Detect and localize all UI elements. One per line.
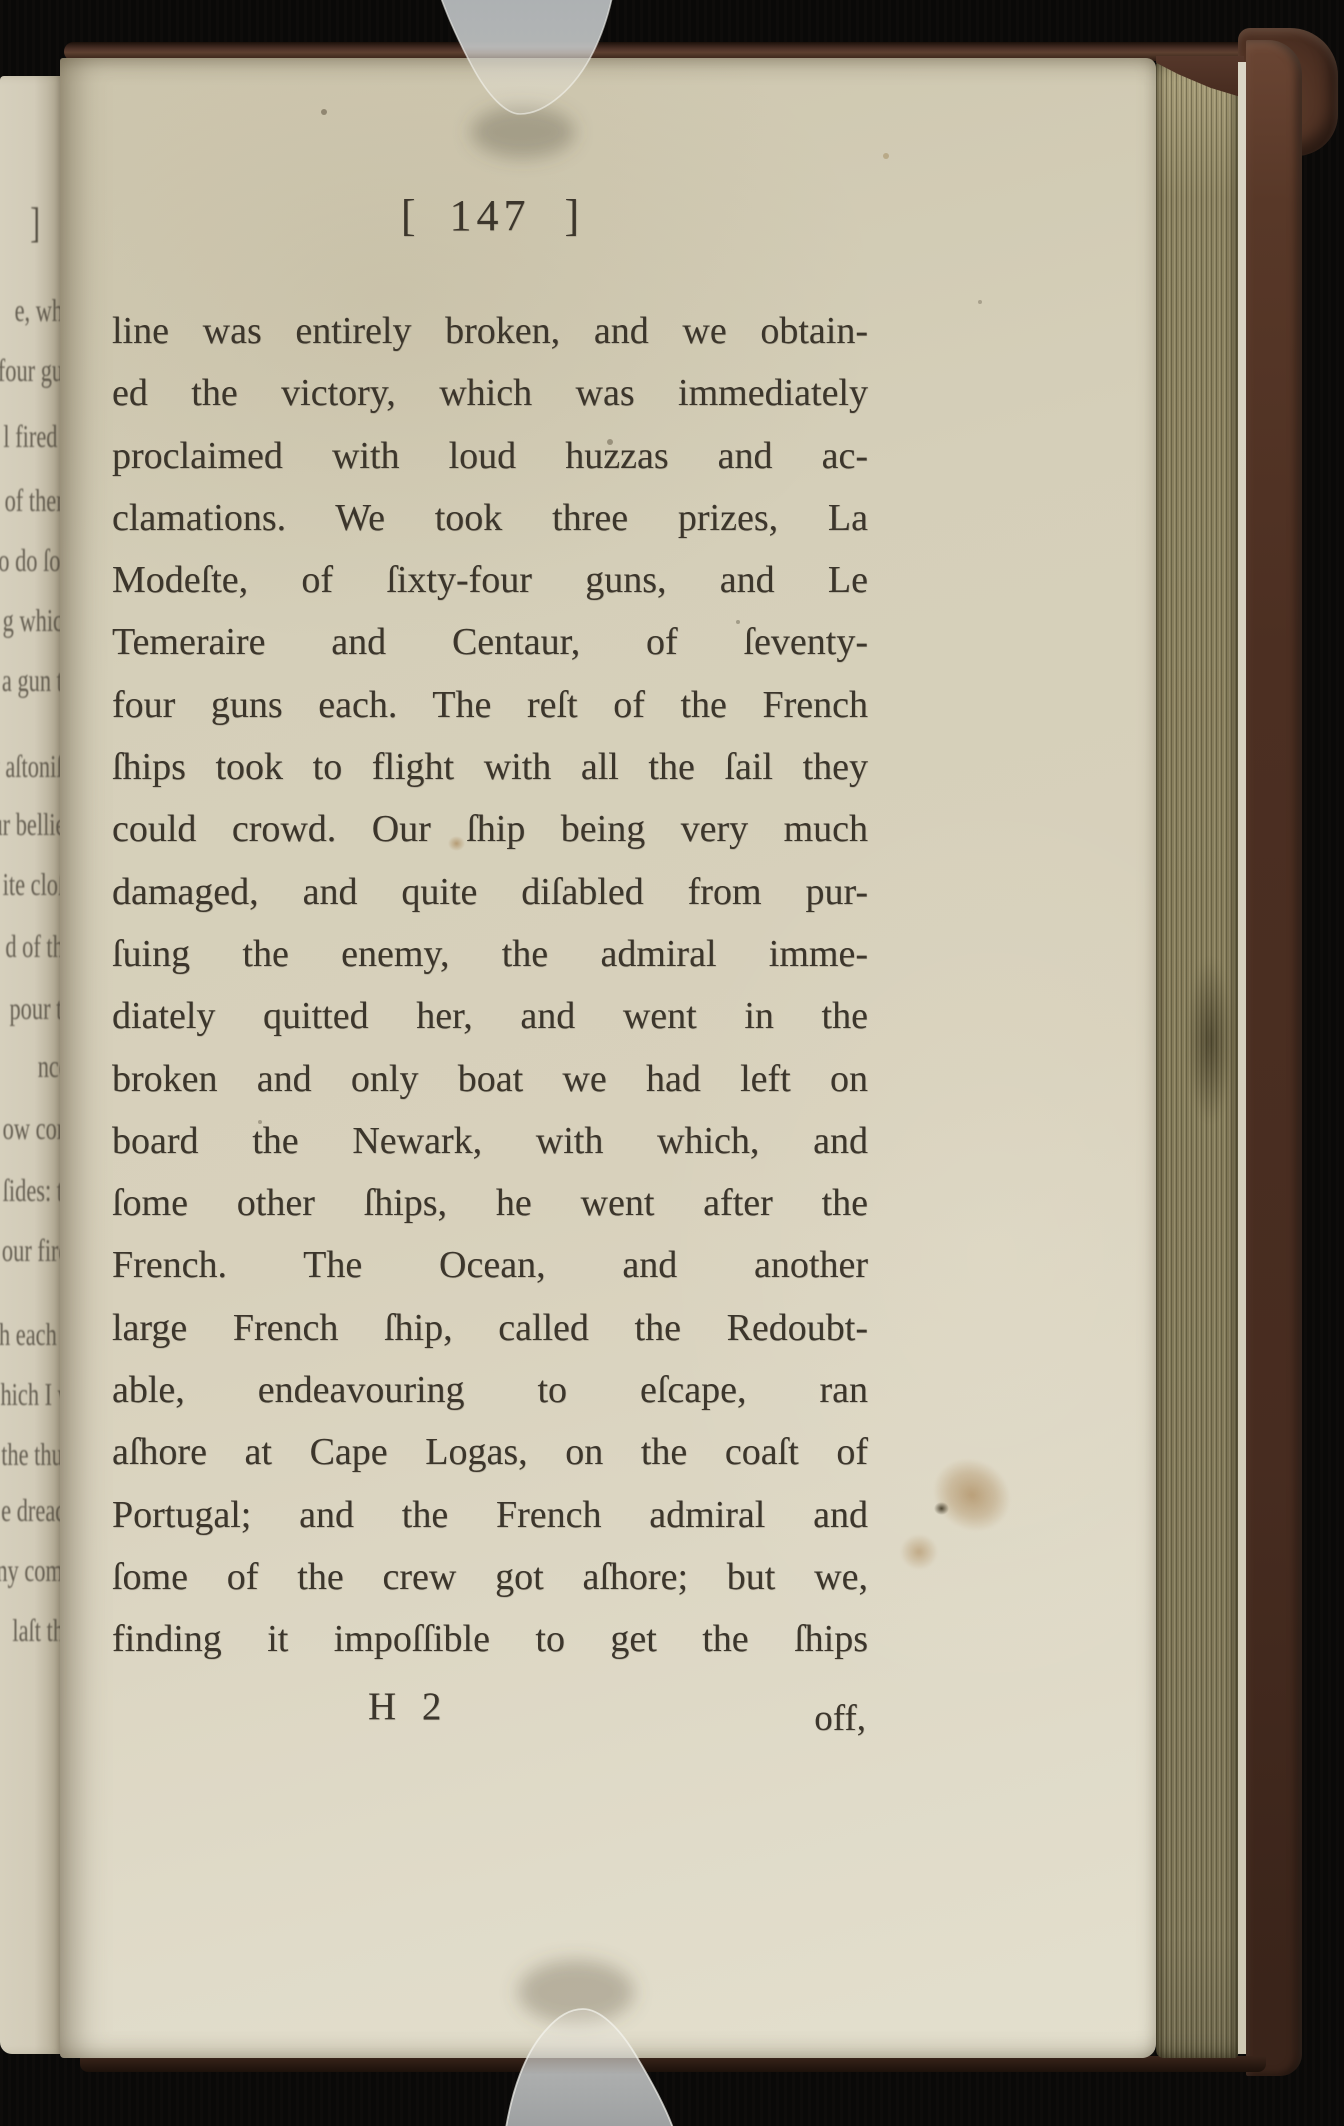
previous-page-text-fragment: four gun	[0, 352, 66, 389]
text-line: Modeſte, of ſixty-four guns, and Le	[112, 549, 868, 611]
stain	[934, 1502, 949, 1515]
text-line: ſome other ſhips, he went after the	[112, 1172, 868, 1234]
previous-page-text-fragment: ſides: th	[2, 1172, 66, 1209]
book-cover-bottom-edge	[80, 2056, 1266, 2072]
previous-page-edge: ] e, who four gun l fired o of them o do…	[0, 76, 66, 2054]
text-line: diately quitted her, and went in the	[112, 985, 868, 1047]
text-line: ſhips took to flight with all the ſail t…	[112, 736, 868, 798]
text-line: large French ſhip, called the Redoubt-	[112, 1297, 868, 1359]
text-line: line was entirely broken, and we obtain-	[112, 300, 868, 362]
previous-page-text-fragment: d of the	[6, 928, 66, 965]
previous-page-text-fragment: pour th	[10, 990, 66, 1027]
text-line: proclaimed with loud huzzas and ac-	[112, 425, 868, 487]
text-line: broken and only boat we had left on	[112, 1048, 868, 1110]
text-line: able, endeavouring to eſcape, ran	[112, 1359, 868, 1421]
text-line: could crowd. Our ſhip being very much	[112, 798, 868, 860]
text-line: four guns each. The reſt of the French	[112, 674, 868, 736]
previous-page-text-fragment: our fire,	[2, 1232, 66, 1269]
text-line: French. The Ocean, and another	[112, 1234, 868, 1296]
previous-page-text-fragment: ny comp	[0, 1552, 66, 1589]
book-cover-right	[1246, 40, 1302, 2076]
left-bracket: [	[401, 191, 416, 240]
text-line: aſhore at Cape Logas, on the coaſt of	[112, 1421, 868, 1483]
text-line: ſuing the enemy, the admiral imme-	[112, 923, 868, 985]
previous-page-text-fragment: laſt the	[12, 1612, 66, 1649]
text-line: damaged, and quite diſabled from pur-	[112, 861, 868, 923]
previous-page-text-fragment: hich I w	[1, 1376, 66, 1413]
stain	[900, 1534, 938, 1570]
page-header: [147]	[112, 190, 868, 241]
previous-page-text-fragment: l fired o	[3, 418, 66, 455]
signature-row: H 2 off,	[112, 1684, 868, 1750]
fore-edge-pages	[1156, 58, 1238, 2058]
dust-specks	[60, 58, 64, 62]
previous-page-text-fragment: e, who	[14, 292, 66, 329]
book-scan: ] e, who four gun l fired o of them o do…	[0, 0, 1344, 2126]
text-line: Portugal; and the French admiral and	[112, 1484, 868, 1546]
previous-page-text-fragment: o do ſo f	[0, 542, 66, 579]
previous-page-text-fragment: ur bellies	[0, 806, 66, 843]
catchword: off,	[814, 1697, 866, 1740]
previous-page-text-fragment: ow com	[2, 1110, 66, 1147]
right-bracket: ]	[565, 191, 580, 240]
stain	[920, 1444, 1025, 1546]
previous-page-text-fragment: ]	[30, 200, 40, 248]
text-line: finding it impoſſible to get the ſhips	[112, 1608, 868, 1670]
previous-page-text-fragment: h each o	[0, 1316, 66, 1353]
inner-leaf-edge	[1238, 62, 1246, 2054]
text-line: Temeraire and Centaur, of ſeventy-	[112, 611, 868, 673]
page-text: line was entirely broken, and we obtain-…	[112, 300, 868, 1671]
previous-page-text-fragment: y aſtoniſh	[0, 748, 66, 785]
page-number: 147	[450, 191, 531, 240]
previous-page-text-fragment: e dreadf	[1, 1492, 66, 1529]
previous-page-text-fragment: of them	[5, 482, 66, 519]
previous-page-text-fragment: ite cloſe	[2, 866, 66, 903]
stain	[448, 836, 465, 851]
text-line: ſome of the crew got aſhore; but we,	[112, 1546, 868, 1608]
previous-page-text-fragment: the thun	[1, 1436, 66, 1473]
previous-page-text-fragment: g which	[2, 602, 66, 639]
text-line: ed the victory, which was immediately	[112, 362, 868, 424]
text-line: clamations. We took three prizes, La	[112, 487, 868, 549]
book-page: [147] line was entirely broken, and we o…	[60, 58, 1156, 2058]
text-line: board the Newark, with which, and	[112, 1110, 868, 1172]
previous-page-text-fragment: a gun to	[2, 662, 66, 699]
signature-mark: H 2	[368, 1684, 441, 1729]
